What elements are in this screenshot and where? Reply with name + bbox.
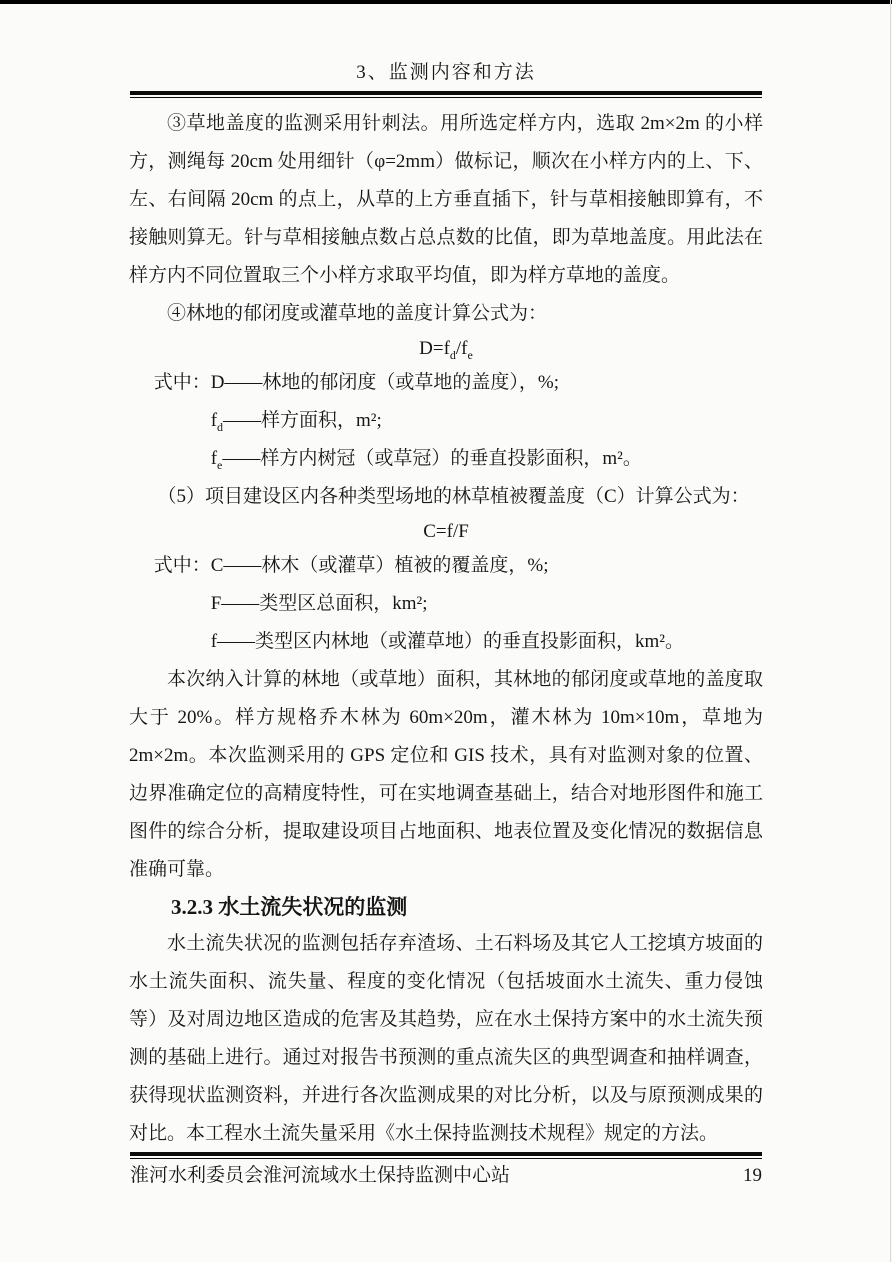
header-rule bbox=[130, 91, 762, 98]
page-number: 19 bbox=[743, 1159, 762, 1192]
paragraph-soil-erosion-monitoring: 水土流失状况的监测包括存弃渣场、土石料场及其它人工挖填方坡面的水土流失面积、流失… bbox=[129, 925, 763, 1149]
formula-subscript: e bbox=[468, 348, 473, 362]
formula-part: D=f bbox=[419, 338, 450, 359]
section-heading-3-2-3: 3.2.3 水土流失状况的监测 bbox=[129, 889, 763, 925]
running-header: 3、监测内容和方法 bbox=[130, 60, 762, 98]
footer-org: 淮河水利委员会淮河流域水土保持监测中心站 bbox=[130, 1159, 510, 1192]
formula-canopy-density: D=fd/fe bbox=[129, 333, 763, 364]
paragraph-vegetation-coverage-intro: （5）项目建设区内各种类型场地的林草植被覆盖度（C）计算公式为： bbox=[129, 478, 763, 516]
paragraph-grass-coverage-method: ③草地盖度的监测采用针刺法。用所选定样方内，选取 2m×2m 的小样方，测绳每 … bbox=[129, 105, 763, 295]
header-title: 3、监测内容和方法 bbox=[130, 60, 762, 86]
footer-rule bbox=[130, 1152, 762, 1159]
paragraph-canopy-formula-intro: ④林地的郁闭度或灌草地的盖度计算公式为： bbox=[129, 295, 763, 333]
scan-edge-top bbox=[0, 0, 892, 4]
page-footer: 淮河水利委员会淮河流域水土保持监测中心站 19 bbox=[130, 1152, 762, 1192]
scan-edge-right bbox=[890, 0, 891, 1262]
page-content: ③草地盖度的监测采用针刺法。用所选定样方内，选取 2m×2m 的小样方，测绳每 … bbox=[129, 105, 763, 1149]
formula-note-line: fe——样方内树冠（或草冠）的垂直投影面积，m²。 bbox=[211, 440, 763, 478]
formula-note-line: fd——样方面积，m²; bbox=[211, 402, 763, 440]
variable-definition: ——样方面积，m²; bbox=[223, 410, 382, 431]
formula-note-line: 式中：D——林地的郁闭度（或草地的盖度），%; bbox=[154, 364, 763, 402]
formula-note-line: F——类型区总面积，km²; bbox=[211, 585, 763, 623]
paragraph-calculation-scope: 本次纳入计算的林地（或草地）面积，其林地的郁闭度或草地的盖度取大于 20%。样方… bbox=[129, 661, 763, 889]
formula-note-line: 式中：C——林木（或灌草）植被的覆盖度，%; bbox=[154, 547, 763, 585]
formula-vegetation-coverage: C=f/F bbox=[129, 516, 763, 547]
formula-note-line: f——类型区内林地（或灌草地）的垂直投影面积，km²。 bbox=[211, 623, 763, 661]
variable-definition: ——样方内树冠（或草冠）的垂直投影面积，m²。 bbox=[222, 448, 641, 469]
formula-part: /f bbox=[456, 338, 468, 359]
